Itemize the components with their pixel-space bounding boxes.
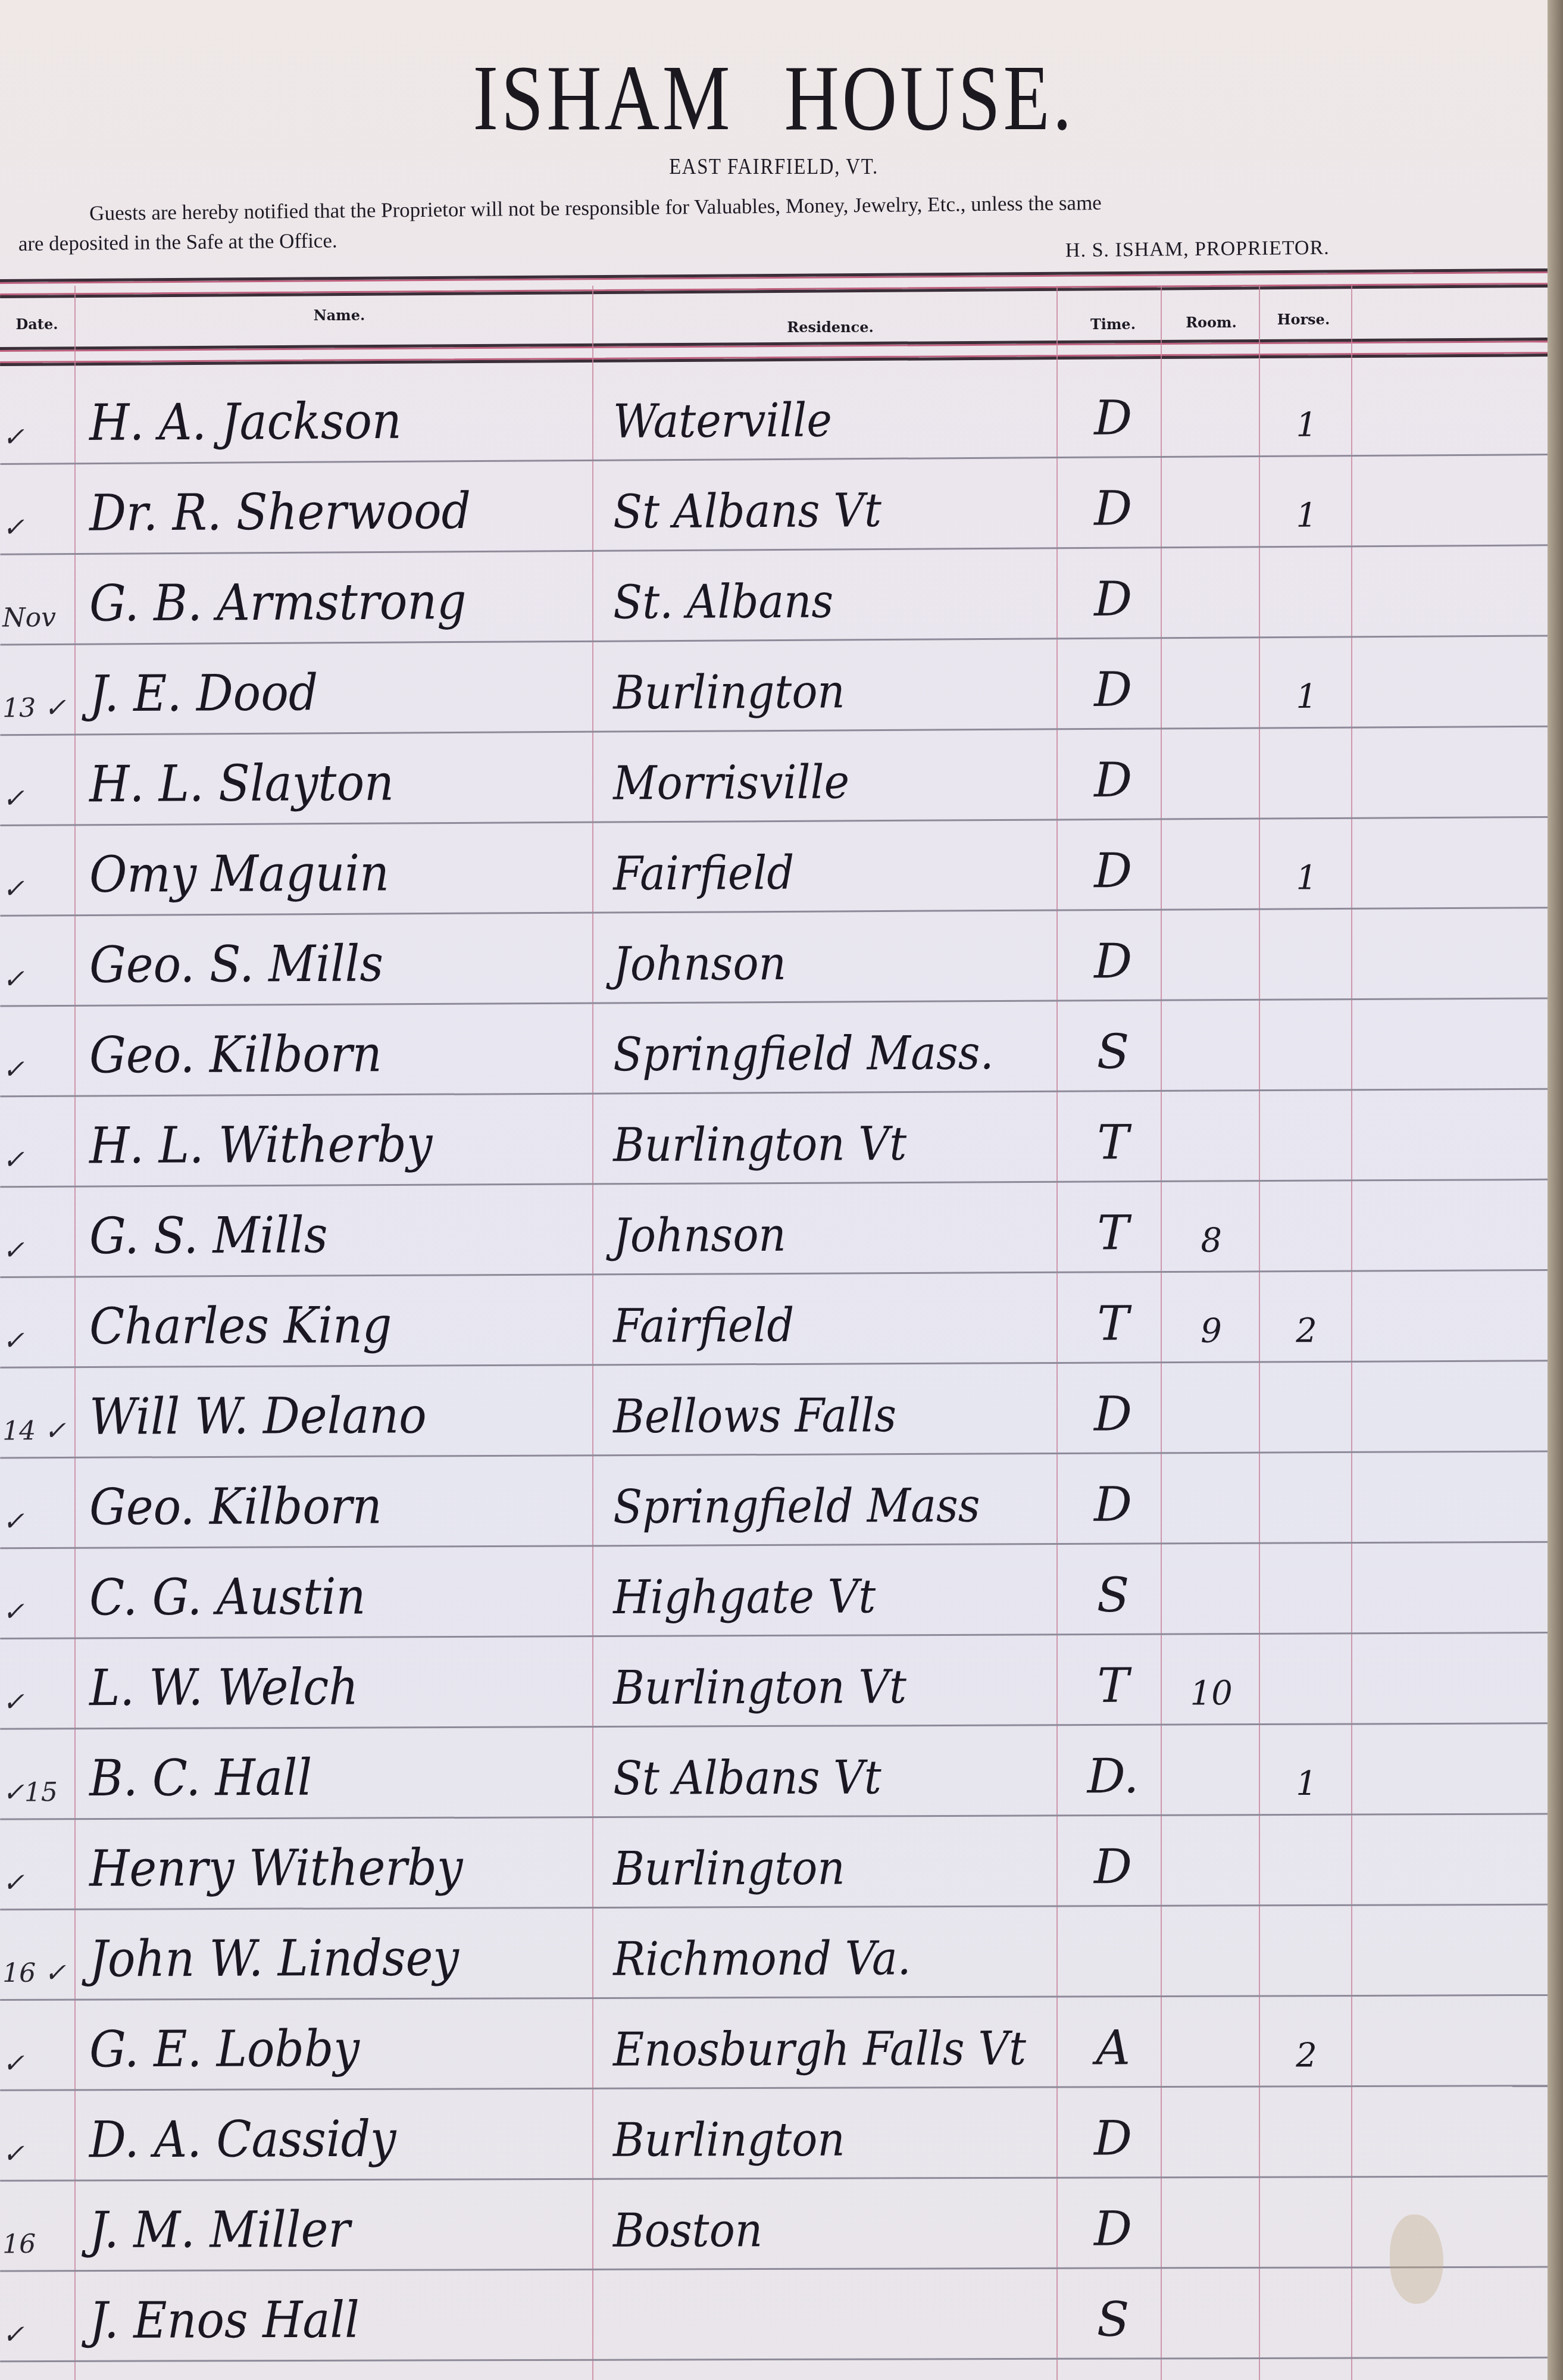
guest-residence: Fairfield <box>613 1298 1018 1353</box>
guest-residence: Highgate Vt <box>613 1569 1018 1625</box>
guest-row: ✓ C. G. Austin Highgate Vt S <box>0 1536 1548 1639</box>
column-header-residence: Residence. <box>787 318 874 336</box>
horse-count <box>1262 988 1351 988</box>
arrival-time: D <box>1065 843 1161 899</box>
arrival-time <box>1065 1985 1161 1985</box>
horse-count <box>1262 1531 1351 1532</box>
guest-residence: Fairfield <box>613 845 1018 901</box>
guest-name: Henry Witherby <box>89 1838 549 1898</box>
entry-date: Nov <box>2 602 74 633</box>
entry-date: ✓ <box>2 1686 74 1717</box>
entry-date: ✓ <box>2 1597 74 1627</box>
guest-name: Geo. Kilborn <box>89 1024 549 1085</box>
room-number <box>1164 1169 1259 1170</box>
arrival-time: S <box>1065 2291 1161 2347</box>
entry-date: 14 ✓ <box>2 1416 74 1447</box>
guest-name: H. L. Slayton <box>89 752 549 813</box>
guest-row: ✓ D. A. Cassidy Burlington D <box>0 2080 1548 2181</box>
guest-row: ✓ Charles King Fairfield T 9 2 <box>0 1264 1548 1368</box>
room-number: 9 <box>1164 1311 1259 1351</box>
arrival-time: D <box>1065 1476 1161 1532</box>
entry-date: 16 <box>2 2229 74 2259</box>
room-number <box>1164 807 1259 808</box>
entry-date: 13 ✓ <box>2 693 74 724</box>
guest-name: B. C. Hall <box>89 1747 549 1807</box>
room-number <box>1164 898 1259 898</box>
room-number <box>1164 1079 1259 1079</box>
entry-date: ✓15 <box>2 1777 74 1807</box>
guest-residence: Enosburgh Falls Vt <box>613 2022 1018 2077</box>
guest-residence: Johnson <box>613 936 1018 991</box>
horse-count: 2 <box>1262 2036 1351 2075</box>
horse-count <box>1262 1712 1351 1713</box>
guest-row: ✓ L. W. Welch Burlington Vt T 10 <box>0 1627 1548 1730</box>
guest-residence: Boston <box>613 2203 1018 2258</box>
guest-residence: Bellows Falls <box>613 1388 1018 1444</box>
horse-count <box>1262 1169 1351 1169</box>
guest-name: Geo. Kilborn <box>89 1476 549 1536</box>
arrival-time: A <box>1065 2020 1161 2075</box>
guest-residence: Burlington Vt <box>613 1660 1018 1714</box>
arrival-time: D <box>1065 1839 1161 1895</box>
guest-residence: Springfield Mass. <box>613 1026 1018 1082</box>
horse-count <box>1262 1260 1351 1260</box>
guest-row: ✓ Geo. Kilborn Springfield Mass D <box>0 1446 1548 1549</box>
entry-date: ✓ <box>2 873 74 904</box>
horse-count: 1 <box>1262 405 1351 445</box>
horse-count: 2 <box>1262 1311 1351 1351</box>
guest-row: ✓ G. S. Mills Johnson T 8 <box>0 1174 1548 1278</box>
room-number <box>1164 1622 1259 1623</box>
entry-date: ✓ <box>2 1325 74 1356</box>
horse-count <box>1262 807 1351 807</box>
arrival-time: D <box>1065 480 1161 536</box>
guest-name: H. L. Witherby <box>89 1114 549 1175</box>
guest-name: H. A. Jackson <box>89 391 549 452</box>
register-header: ISHAM HOUSE. EAST FAIRFIELD, VT. Guests … <box>0 0 1548 280</box>
hotel-name: ISHAM HOUSE. <box>139 45 1408 152</box>
guest-name: Dr. R. Sherwood <box>89 481 549 542</box>
guest-row: ✓ H. L. Slayton Morrisville D <box>0 721 1548 826</box>
arrival-time: S <box>1065 1024 1161 1080</box>
guest-residence: St Albans Vt <box>613 483 1018 539</box>
room-number: 10 <box>1164 1674 1259 1713</box>
entry-date: ✓ <box>2 2319 74 2350</box>
horse-count: 1 <box>1262 1764 1351 1804</box>
guest-name: G. E. Lobby <box>89 2019 549 2078</box>
guest-name: Geo. S. Mills <box>89 933 549 994</box>
guest-residence: St. Albans <box>613 574 1018 630</box>
guest-name: J. E. Dood <box>89 662 549 723</box>
guest-row: 13 ✓ J. E. Dood Burlington D 1 <box>0 630 1548 736</box>
room-number <box>1164 445 1259 445</box>
entry-date: ✓ <box>2 512 74 543</box>
guest-name: G. S. Mills <box>89 1205 549 1266</box>
book-edge <box>1548 0 1563 2380</box>
arrival-time: D <box>1065 390 1161 446</box>
horse-count <box>1262 625 1351 626</box>
room-number <box>1164 1532 1259 1532</box>
arrival-time: T <box>1065 1205 1161 1261</box>
guest-name: L. W. Welch <box>89 1657 549 1717</box>
guest-residence: Richmond Va. <box>613 1932 1018 1987</box>
guest-name: John W. Lindsey <box>89 1928 549 1988</box>
room-number <box>1164 1803 1259 1804</box>
guest-row: ✓ H. L. Witherby Burlington Vt T <box>0 1083 1548 1188</box>
horse-count <box>1262 1441 1351 1441</box>
arrival-time: D <box>1065 752 1161 808</box>
guest-row: ✓ Geo. Kilborn Springfield Mass. S <box>0 993 1548 1098</box>
entry-date: ✓ <box>2 1235 74 1266</box>
entry-date: ✓ <box>2 783 74 814</box>
guest-row: ✓ G. E. Lobby Enosburgh Falls Vt A 2 <box>0 1989 1548 2091</box>
arrival-time: D. <box>1065 1748 1161 1804</box>
guest-row: 16 J. M. Miller Boston D <box>0 2171 1548 2272</box>
entry-date: ✓ <box>2 421 74 452</box>
column-header-name: Name. <box>314 307 365 324</box>
guest-name: D. A. Cassidy <box>89 2109 549 2169</box>
horse-count <box>1262 1078 1351 1079</box>
arrival-time: T <box>1065 1295 1161 1351</box>
room-number <box>1164 1984 1259 1985</box>
room-number <box>1164 1894 1259 1894</box>
proprietor-signature: H. S. ISHAM, PROPRIETOR. <box>1065 237 1330 263</box>
horse-count: 1 <box>1262 496 1351 535</box>
guest-row: ✓ Dr. R. Sherwood St Albans Vt D 1 <box>0 449 1548 555</box>
guest-row: Nov G. B. Armstrong St. Albans D <box>0 540 1548 646</box>
entry-date: ✓ <box>2 1145 74 1176</box>
room-number <box>1164 1441 1259 1442</box>
guest-residence: Johnson <box>613 1207 1018 1263</box>
horse-count <box>1262 1622 1351 1622</box>
entry-date: ✓ <box>2 1506 74 1536</box>
guest-residence: Burlington <box>613 1841 1018 1896</box>
guest-row: ✓15 B. C. Hall St Albans Vt D. 1 <box>0 1717 1548 1820</box>
entry-date: ✓ <box>2 2048 74 2078</box>
column-header-date: Date. <box>15 316 58 333</box>
guest-residence: St Albans Vt <box>613 1751 1018 1806</box>
room-number <box>1164 535 1259 536</box>
horse-count: 1 <box>1262 677 1351 717</box>
room-number <box>1164 716 1259 717</box>
column-header-horse: Horse. <box>1277 311 1330 328</box>
guest-name: G. B. Armstrong <box>89 571 549 632</box>
guest-residence <box>613 2347 1018 2348</box>
guest-row: ✓ J. Enos Hall S <box>0 2262 1548 2362</box>
entry-date: ✓ <box>2 2138 74 2169</box>
room-number <box>1164 626 1259 626</box>
entry-date: ✓ <box>2 964 74 995</box>
arrival-time: D <box>1065 1386 1161 1442</box>
guest-row: 16 ✓ John W. Lindsey Richmond Va. <box>0 1899 1548 2001</box>
column-header-room: Room. <box>1186 314 1237 331</box>
entry-date: ✓ <box>2 1867 74 1898</box>
arrival-time: S <box>1065 1567 1161 1623</box>
arrival-time: D <box>1065 2110 1161 2166</box>
guest-row: ✓ Henry Witherby Burlington D <box>0 1809 1548 1911</box>
guest-name: C. G. Austin <box>89 1566 549 1626</box>
guest-residence: Springfield Mass <box>613 1479 1018 1534</box>
guest-name: J. Enos Hall <box>89 2290 549 2350</box>
hotel-location: EAST FAIRFIELD, VT. <box>108 154 1439 180</box>
room-number: 8 <box>1164 1221 1259 1260</box>
guest-residence: Waterville <box>613 392 1018 448</box>
register-page: ISHAM HOUSE. EAST FAIRFIELD, VT. Guests … <box>0 0 1553 2380</box>
guest-residence: Morrisville <box>613 755 1018 811</box>
guest-row: ✓ Geo. S. Mills Johnson D <box>0 902 1548 1007</box>
guest-name: Omy Maguin <box>89 843 549 904</box>
arrival-time: T <box>1065 1114 1161 1170</box>
arrival-time: D <box>1065 2201 1161 2256</box>
guest-residence: Burlington <box>613 2113 1018 2167</box>
entry-date: 16 ✓ <box>2 1958 74 1988</box>
guest-row: ✓ Omy Maguin Fairfield D 1 <box>0 811 1548 917</box>
guest-name: J. M. Miller <box>89 2200 549 2259</box>
guest-row: 14 ✓ Will W. Delano Bellows Falls D <box>0 1355 1548 1459</box>
column-header-time: Time. <box>1090 316 1136 333</box>
entry-date: ✓ <box>2 1054 74 1085</box>
guest-residence: Burlington <box>613 664 1018 720</box>
guest-name: Charles King <box>89 1295 549 1355</box>
guest-name: Will W. Delano <box>89 1386 549 1446</box>
arrival-time: T <box>1065 1658 1161 1714</box>
room-number <box>1164 988 1259 989</box>
guest-row: ✓ H. A. Jackson Waterville D 1 <box>0 358 1548 465</box>
arrival-time: D <box>1065 933 1161 989</box>
horse-count: 1 <box>1262 858 1351 898</box>
guest-residence: Burlington Vt <box>613 1117 1018 1172</box>
arrival-time: D <box>1065 661 1161 717</box>
arrival-time: D <box>1065 571 1161 627</box>
